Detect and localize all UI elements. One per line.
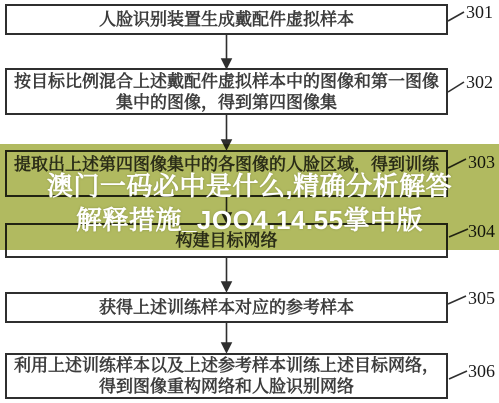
flow-box-301: 人脸识别装置生成戴配件虚拟样本: [5, 4, 448, 35]
flow-box-302-text-line1: 按目标比例混合上述戴配件虚拟样本中的图像和第一图像: [14, 71, 439, 92]
leader-line-306: [449, 371, 467, 379]
flow-box-306-text-line2: 得到图像重构网络和人脸识别网络: [99, 376, 354, 397]
flow-box-306: 利用上述训练样本以及上述参考样本训练上述目标网络， 得到图像重构网络和人脸识别网…: [5, 353, 448, 399]
leader-line-301: [448, 12, 464, 21]
watermark-text: 澳门一码必中是什么,精确分析解答 解释措施_JOO4.14.55掌中版: [0, 169, 499, 237]
arrow-down-305-306: [222, 323, 231, 352]
watermark-line-1: 澳门一码必中是什么,精确分析解答: [0, 169, 499, 203]
flow-box-302-text-line2: 集中的图像，得到第四图像集: [116, 92, 337, 113]
ref-number-306: 306: [468, 363, 495, 379]
ref-number-301: 301: [466, 4, 493, 20]
ref-number-302: 302: [466, 74, 493, 90]
leader-line-302: [448, 82, 464, 92]
ref-number-305: 305: [468, 290, 495, 306]
flow-box-301-text: 人脸识别装置生成戴配件虚拟样本: [99, 9, 354, 30]
patent-flowchart-figure: 人脸识别装置生成戴配件虚拟样本 按目标比例混合上述戴配件虚拟样本中的图像和第一图…: [0, 0, 499, 403]
arrow-down-304-305: [222, 258, 231, 291]
arrow-down-301-302: [222, 35, 231, 68]
leader-line-305: [448, 296, 466, 304]
flow-box-306-text-line1: 利用上述训练样本以及上述参考样本训练上述目标网络，: [14, 355, 439, 376]
flow-box-302: 按目标比例混合上述戴配件虚拟样本中的图像和第一图像 集中的图像，得到第四图像集: [5, 68, 448, 115]
watermark-line-2: 解释措施_JOO4.14.55掌中版: [0, 203, 499, 237]
flow-box-305-text: 获得上述训练样本对应的参考样本: [99, 297, 354, 318]
flow-box-305: 获得上述训练样本对应的参考样本: [5, 292, 448, 323]
